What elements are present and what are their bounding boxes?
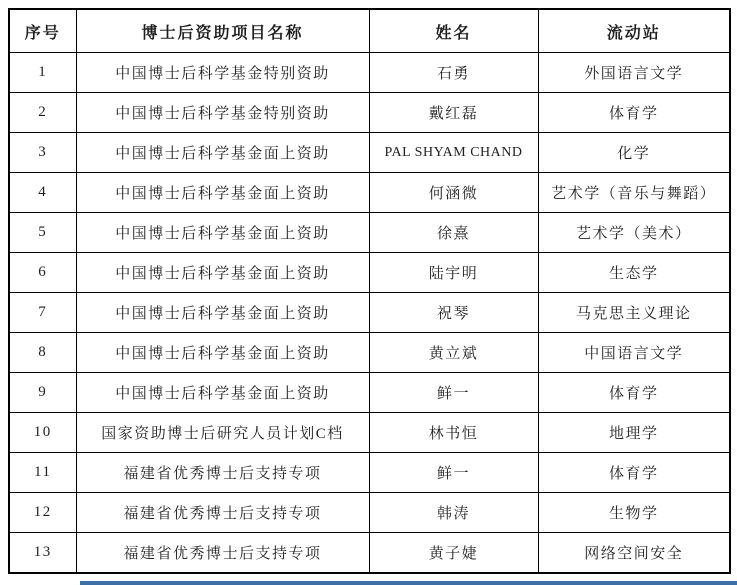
station-cell: 马克思主义理论 [538,293,730,333]
row-index-cell: 1 [9,53,76,93]
row-index-cell: 5 [9,213,76,253]
table-row: 5中国博士后科学基金面上资助徐熹艺术学（美术） [9,213,730,253]
table-row: 10国家资助博士后研究人员计划C档林书恒地理学 [9,413,730,453]
column-header-project: 博士后资助项目名称 [76,9,369,53]
document-page: 序号 博士后资助项目名称 姓名 流动站 1中国博士后科学基金特别资助石勇外国语言… [0,0,737,585]
row-index-cell: 2 [9,93,76,133]
person-name-cell: 石勇 [369,53,538,93]
project-name-cell: 福建省优秀博士后支持专项 [76,533,369,574]
person-name-cell: PAL SHYAM CHAND [369,133,538,173]
row-index-cell: 9 [9,373,76,413]
person-name-cell: 林书恒 [369,413,538,453]
project-name-cell: 国家资助博士后研究人员计划C档 [76,413,369,453]
project-name-cell: 福建省优秀博士后支持专项 [76,493,369,533]
person-name-cell: 何涵微 [369,173,538,213]
person-name-cell: 鲜一 [369,453,538,493]
row-index-cell: 7 [9,293,76,333]
table-row: 11福建省优秀博士后支持专项鲜一体育学 [9,453,730,493]
station-cell: 生态学 [538,253,730,293]
row-index-cell: 8 [9,333,76,373]
row-index-cell: 10 [9,413,76,453]
station-cell: 体育学 [538,93,730,133]
table-body: 1中国博士后科学基金特别资助石勇外国语言文学2中国博士后科学基金特别资助戴红磊体… [9,53,730,574]
station-cell: 化学 [538,133,730,173]
row-index-cell: 12 [9,493,76,533]
row-index-cell: 11 [9,453,76,493]
column-header-index: 序号 [9,9,76,53]
table-row: 1中国博士后科学基金特别资助石勇外国语言文学 [9,53,730,93]
clipped-bottom-banner [80,581,737,585]
project-name-cell: 福建省优秀博士后支持专项 [76,453,369,493]
station-cell: 中国语言文学 [538,333,730,373]
table-row: 9中国博士后科学基金面上资助鲜一体育学 [9,373,730,413]
project-name-cell: 中国博士后科学基金面上资助 [76,213,369,253]
station-cell: 体育学 [538,373,730,413]
table-row: 3中国博士后科学基金面上资助PAL SHYAM CHAND化学 [9,133,730,173]
table-row: 4中国博士后科学基金面上资助何涵微艺术学（音乐与舞蹈） [9,173,730,213]
project-name-cell: 中国博士后科学基金面上资助 [76,173,369,213]
station-cell: 体育学 [538,453,730,493]
row-index-cell: 13 [9,533,76,574]
person-name-cell: 鲜一 [369,373,538,413]
table-row: 2中国博士后科学基金特别资助戴红磊体育学 [9,93,730,133]
table-header-row: 序号 博士后资助项目名称 姓名 流动站 [9,9,730,53]
person-name-cell: 祝琴 [369,293,538,333]
column-header-name: 姓名 [369,9,538,53]
person-name-cell: 黄立斌 [369,333,538,373]
row-index-cell: 3 [9,133,76,173]
project-name-cell: 中国博士后科学基金特别资助 [76,93,369,133]
project-name-cell: 中国博士后科学基金面上资助 [76,133,369,173]
person-name-cell: 徐熹 [369,213,538,253]
person-name-cell: 黄子婕 [369,533,538,574]
row-index-cell: 6 [9,253,76,293]
table-row: 13福建省优秀博士后支持专项黄子婕网络空间安全 [9,533,730,574]
column-header-station: 流动站 [538,9,730,53]
table-row: 8中国博士后科学基金面上资助黄立斌中国语言文学 [9,333,730,373]
table-row: 12福建省优秀博士后支持专项韩涛生物学 [9,493,730,533]
station-cell: 艺术学（音乐与舞蹈） [538,173,730,213]
postdoc-funding-table: 序号 博士后资助项目名称 姓名 流动站 1中国博士后科学基金特别资助石勇外国语言… [8,8,731,574]
station-cell: 艺术学（美术） [538,213,730,253]
project-name-cell: 中国博士后科学基金面上资助 [76,333,369,373]
person-name-cell: 韩涛 [369,493,538,533]
person-name-cell: 戴红磊 [369,93,538,133]
table-row: 7中国博士后科学基金面上资助祝琴马克思主义理论 [9,293,730,333]
project-name-cell: 中国博士后科学基金特别资助 [76,53,369,93]
person-name-cell: 陆宇明 [369,253,538,293]
project-name-cell: 中国博士后科学基金面上资助 [76,293,369,333]
row-index-cell: 4 [9,173,76,213]
station-cell: 地理学 [538,413,730,453]
station-cell: 生物学 [538,493,730,533]
station-cell: 外国语言文学 [538,53,730,93]
table-row: 6中国博士后科学基金面上资助陆宇明生态学 [9,253,730,293]
project-name-cell: 中国博士后科学基金面上资助 [76,373,369,413]
project-name-cell: 中国博士后科学基金面上资助 [76,253,369,293]
station-cell: 网络空间安全 [538,533,730,574]
